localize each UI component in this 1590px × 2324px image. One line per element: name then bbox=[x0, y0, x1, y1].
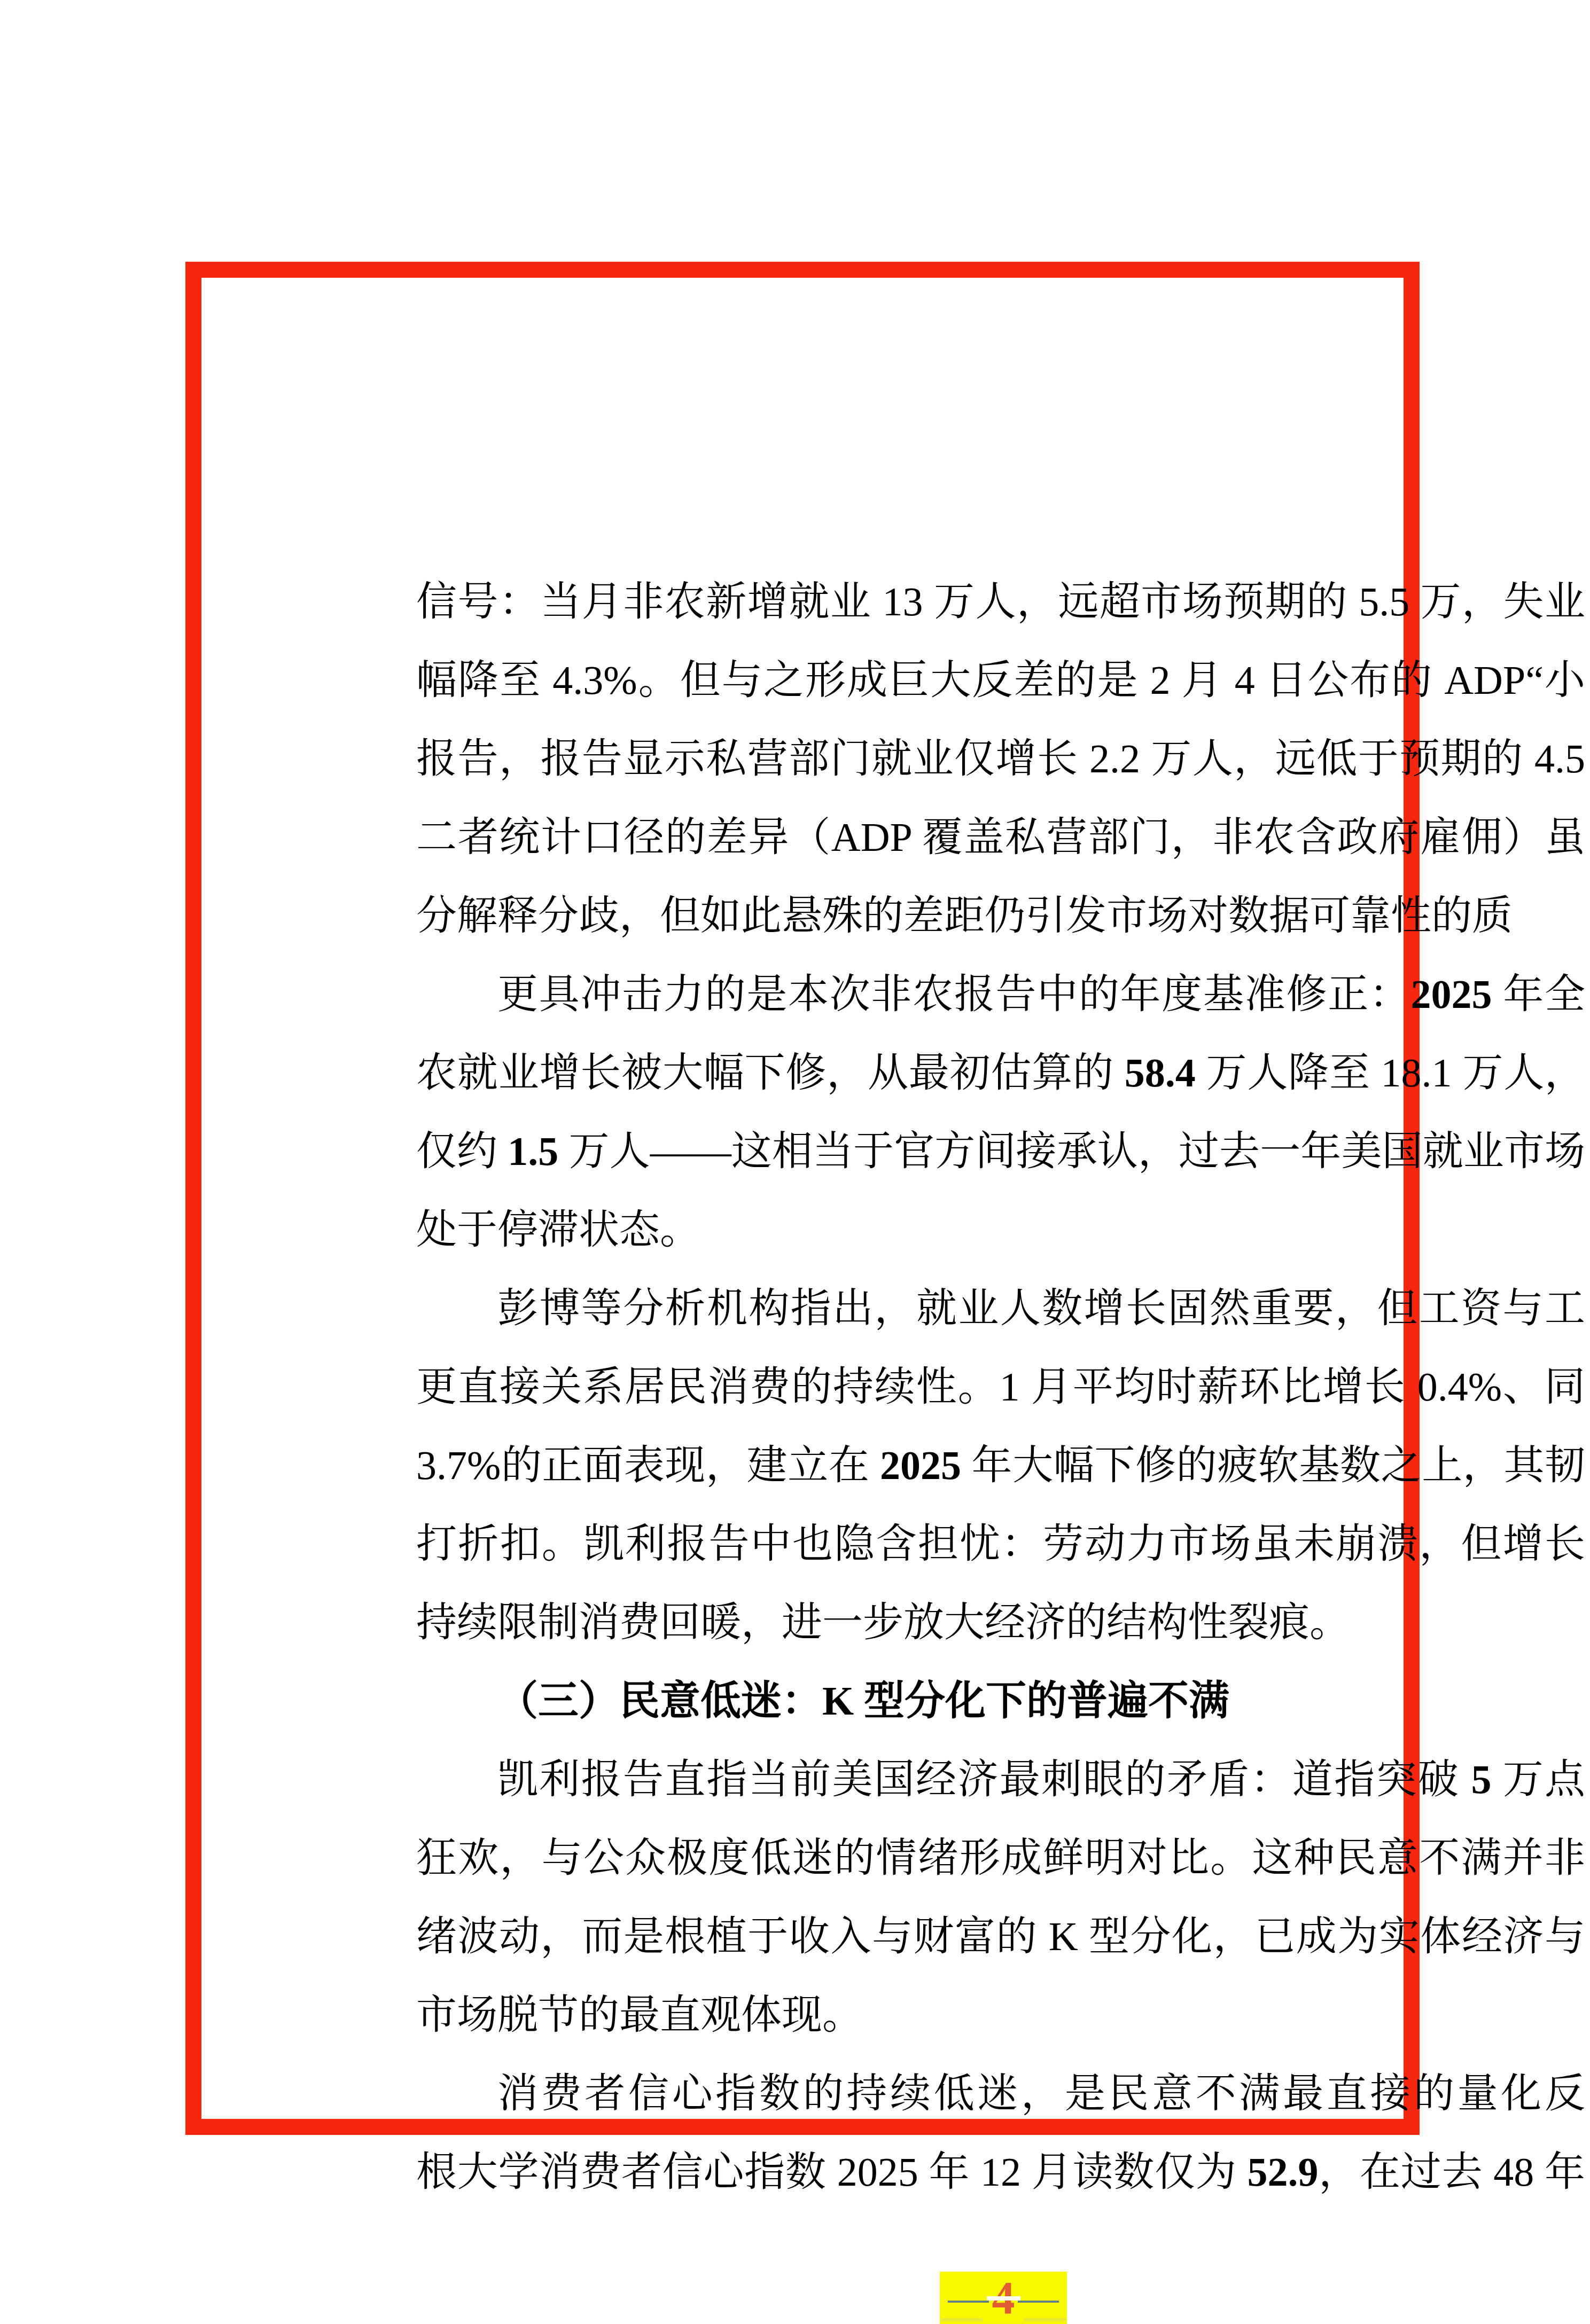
text-line: 狂欢，与公众极度低迷的情绪形成鲜明对比。这种民意不满并非短期情 bbox=[416, 1819, 1585, 1898]
text-line: 处于停滞状态。 bbox=[416, 1191, 1585, 1270]
text-segment: 市场脱节的最直观体现。 bbox=[416, 1993, 863, 2038]
text-line: 幅降至 4.3%。但与之形成巨大反差的是 2 月 4 日公布的 ADP“小非农” bbox=[416, 641, 1585, 720]
emphasized-text: 1.5 bbox=[508, 1129, 558, 1174]
text-line: 彭博等分析机构指出，就业人数增长固然重要，但工资与工时增长 bbox=[416, 1270, 1585, 1348]
text-line: 更直接关系居民消费的持续性。1 月平均时薪环比增长 0.4%、同比增长 bbox=[416, 1348, 1585, 1427]
text-segment: 仅约 bbox=[416, 1129, 508, 1174]
text-segment: 消费者信心指数的持续低迷，是民意不满最直接的量化反映。密歇 bbox=[416, 2071, 1585, 2133]
text-line: 3.7%的正面表现，建立在 2025 年大幅下修的疲软基数之上，其韧性需 bbox=[416, 1427, 1585, 1505]
emphasized-text: 52.9 bbox=[1248, 2150, 1319, 2195]
text-segment: 农就业增长被大幅下修，从最初估算的 bbox=[416, 1051, 1125, 1096]
text-segment: 更直接关系居民消费的持续性。1 月平均时薪环比增长 0.4%、同比增长 bbox=[416, 1365, 1585, 1427]
page-number-right-dash: — bbox=[1018, 2278, 1059, 2318]
text-segment: 狂欢，与公众极度低迷的情绪形成鲜明对比。这种民意不满并非短期情 bbox=[416, 1836, 1585, 1898]
text-line: 市场脱节的最直观体现。 bbox=[416, 1976, 1585, 2055]
text-segment: 持续限制消费回暖，进一步放大经济的结构性裂痕。 bbox=[416, 1600, 1350, 1645]
text-segment: 打折扣。凯利报告中也隐含担忧：劳动力市场虽未崩溃，但增长乏力将 bbox=[416, 1522, 1585, 1584]
page-number-badge: — 4 — bbox=[940, 2272, 1067, 2324]
text-line: 绪波动，而是根植于收入与财富的 K 型分化，已成为实体经济与金融 bbox=[416, 1898, 1585, 1976]
emphasized-text: 58.4 bbox=[1125, 1051, 1196, 1096]
text-segment: 3.7%的正面表现，建立在 bbox=[416, 1443, 880, 1488]
text-segment: 处于停滞状态。 bbox=[416, 1208, 700, 1253]
text-line: 消费者信心指数的持续低迷，是民意不满最直接的量化反映。密歇 bbox=[416, 2055, 1585, 2133]
text-line: 农就业增长被大幅下修，从最初估算的 58.4 万人降至 18.1 万人，月均 bbox=[416, 1034, 1585, 1113]
text-segment: 分解释分歧，但如此悬殊的差距仍引发市场对数据可靠性的质疑。 bbox=[416, 894, 1513, 956]
text-segment: 更具冲击力的是本次非农报告中的年度基准修正： bbox=[497, 972, 1411, 1017]
text-line: 更具冲击力的是本次非农报告中的年度基准修正：2025 年全年非 bbox=[416, 956, 1585, 1034]
text-segment: 二者统计口径的差异（ADP 覆盖私营部门，非农含政府雇佣）虽能部 bbox=[416, 815, 1585, 877]
text-line: 信号：当月非农新增就业 13 万人，远超市场预期的 5.5 万，失业率小 bbox=[416, 563, 1585, 641]
page-number-strike-decoration bbox=[987, 2296, 1020, 2300]
document-page: { "colors": { "border-red": "#f6270e", "… bbox=[0, 0, 1590, 2248]
page-number: 4 bbox=[992, 2275, 1015, 2321]
page-number-left-dash: — bbox=[948, 2278, 989, 2318]
text-line: 仅约 1.5 万人——这相当于官方间接承认，过去一年美国就业市场几乎 bbox=[416, 1113, 1585, 1191]
text-segment: 幅降至 4.3%。但与之形成巨大反差的是 2 月 4 日公布的 ADP“小非农” bbox=[416, 658, 1585, 720]
red-border-frame: 信号：当月非农新增就业 13 万人，远超市场预期的 5.5 万，失业率小幅降至 … bbox=[185, 262, 1420, 2135]
text-line: 打折扣。凯利报告中也隐含担忧：劳动力市场虽未崩溃，但增长乏力将 bbox=[416, 1505, 1585, 1584]
emphasized-text: （三）民意低迷：K 型分化下的普遍不满 bbox=[497, 1679, 1229, 1724]
text-segment: 信号：当月非农新增就业 13 万人，远超市场预期的 5.5 万，失业率小 bbox=[416, 580, 1585, 641]
text-segment: 彭博等分析机构指出，就业人数增长固然重要，但工资与工时增长 bbox=[416, 1286, 1585, 1348]
emphasized-text: 5 bbox=[1471, 1757, 1491, 1802]
text-segment: 报告，报告显示私营部门就业仅增长 2.2 万人，远低于预期的 4.5 万人。 bbox=[416, 737, 1585, 799]
text-segment: 绪波动，而是根植于收入与财富的 K 型分化，已成为实体经济与金融 bbox=[416, 1914, 1585, 1976]
text-segment: 凯利报告直指当前美国经济最刺眼的矛盾：道指突破 bbox=[497, 1757, 1471, 1802]
ghost-dash-right-decoration bbox=[1024, 2318, 1066, 2321]
text-line: 持续限制消费回暖，进一步放大经济的结构性裂痕。 bbox=[416, 1584, 1585, 1662]
section-heading: （三）民意低迷：K 型分化下的普遍不满 bbox=[416, 1662, 1585, 1741]
emphasized-text: 2025 bbox=[1411, 972, 1492, 1017]
text-line: 凯利报告直指当前美国经济最刺眼的矛盾：道指突破 5 万点的股市 bbox=[416, 1741, 1585, 1819]
ghost-dash-left-decoration bbox=[941, 2318, 983, 2321]
text-line: 报告，报告显示私营部门就业仅增长 2.2 万人，远低于预期的 4.5 万人。 bbox=[416, 720, 1585, 799]
text-line: 二者统计口径的差异（ADP 覆盖私营部门，非农含政府雇佣）虽能部 bbox=[416, 799, 1585, 877]
text-segment: 根大学消费者信心指数 2025 年 12 月读数仅为 bbox=[416, 2150, 1248, 2195]
body-text: 信号：当月非农新增就业 13 万人，远超市场预期的 5.5 万，失业率小幅降至 … bbox=[403, 563, 1590, 2212]
text-line: 根大学消费者信心指数 2025 年 12 月读数仅为 52.9，在过去 48 年… bbox=[416, 2133, 1585, 2212]
emphasized-text: 2025 bbox=[880, 1443, 961, 1488]
text-line: 分解释分歧，但如此悬殊的差距仍引发市场对数据可靠性的质疑。 bbox=[416, 877, 1585, 956]
text-segment: 万人——这相当于官方间接承认，过去一年美国就业市场几乎 bbox=[416, 1129, 1585, 1191]
